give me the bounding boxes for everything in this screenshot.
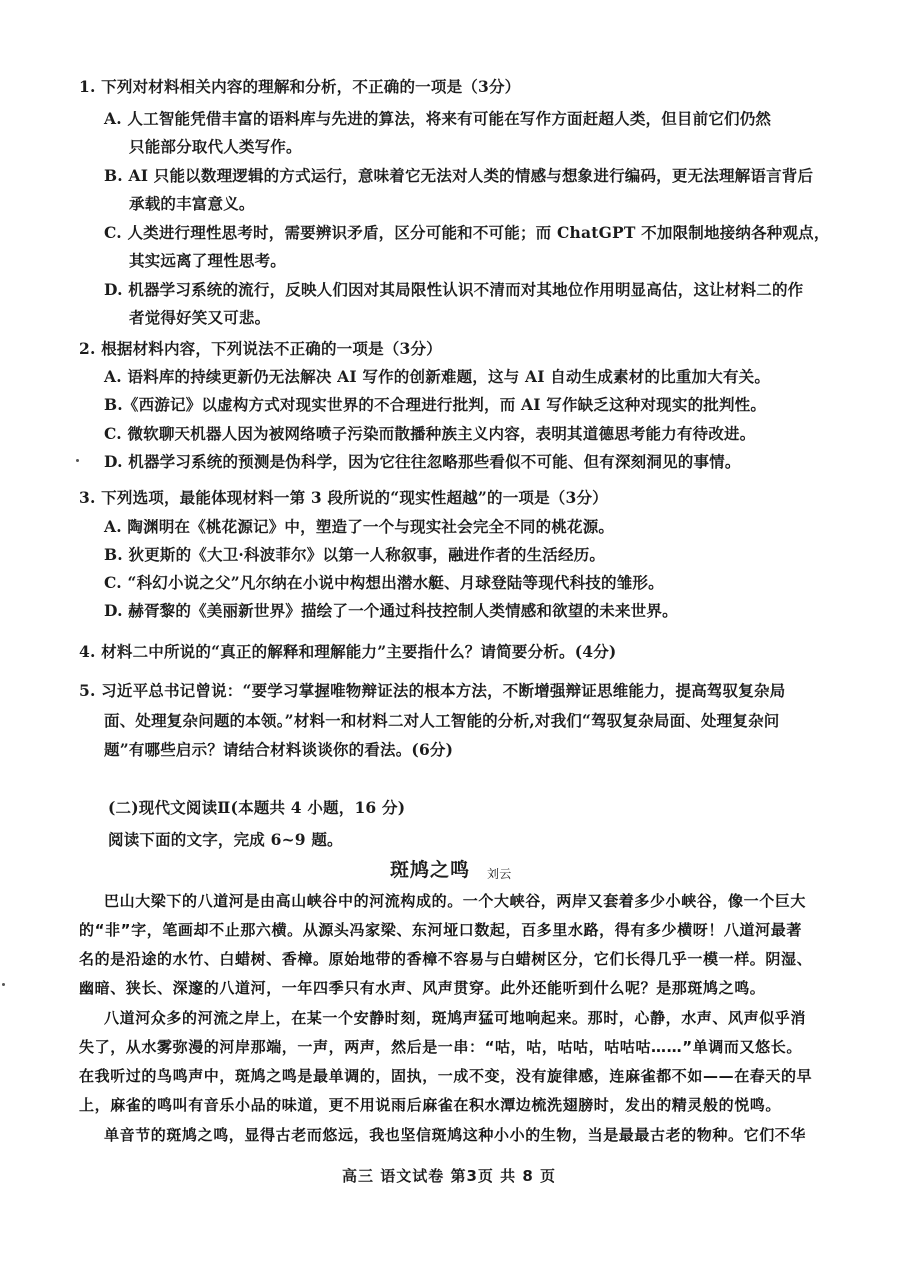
question-3-option-d: D. 赫胥黎的《美丽新世界》描绘了一个通过科技控制人类情感和欲望的未来世界。 [104, 601, 678, 621]
article-author: 刘云 [487, 864, 511, 884]
article-paragraph-2-line-1: 八道河众多的河流之岸上，在某一个安静时刻，斑鸠声猛可地响起来。那时，心静，水声、… [104, 1008, 806, 1028]
question-1-option-a-cont: 只能部分取代人类写作。 [129, 137, 302, 157]
question-2-stem: 2. 根据材料内容，下列说法不正确的一项是（3分） [79, 339, 442, 359]
question-1-option-d: D. 机器学习系统的流行，反映人们因对其局限性认识不清而对其地位作用明显高估，这… [104, 280, 803, 300]
scan-speck [76, 459, 79, 462]
section-heading: (二)现代文阅读Ⅱ(本题共 4 小题，16 分) [108, 798, 405, 818]
question-2-option-c: C. 微软聊天机器人因为被网络喷子污染而散播种族主义内容，表明其道德思考能力有待… [104, 424, 755, 444]
article-paragraph-1-line-4: 幽暗、狭长、深邃的八道河，一年四季只有水声、风声贯穿。此外还能听到什么呢？是那斑… [79, 978, 765, 998]
exam-page: 1. 下列对材料相关内容的理解和分析，不正确的一项是（3分） A. 人工智能凭借… [0, 0, 900, 1273]
article-paragraph-1-line-2: 的“非”字，笔画却不止那六横。从源头冯家梁、东河垭口数起，百多里水路，得有多少横… [79, 920, 802, 940]
section-instruction: 阅读下面的文字，完成 6~9 题。 [108, 830, 343, 850]
question-1-option-c: C. 人类进行理性思考时，需要辨识矛盾，区分可能和不可能；而 ChatGPT 不… [104, 223, 830, 243]
question-3-option-c: C. “科幻小说之父”凡尔纳在小说中构想出潜水艇、月球登陆等现代科技的雏形。 [104, 573, 664, 593]
question-1-option-b: B. AI 只能以数理逻辑的方式运行，意味着它无法对人类的情感与想象进行编码，更… [104, 166, 813, 186]
question-1-option-d-cont: 者觉得好笑又可悲。 [129, 308, 270, 328]
article-paragraph-3-line-1: 单音节的斑鸠之鸣，显得古老而悠远，我也坚信斑鸠这种小小的生物，当是最最古老的物种… [104, 1125, 806, 1145]
article-paragraph-1-line-1: 巴山大梁下的八道河是由高山峡谷中的河流构成的。一个大峡谷，两岸又套着多少小峡谷，… [104, 891, 806, 911]
question-3-option-b: B. 狄更斯的《大卫·科波菲尔》以第一人称叙事，融进作者的生活经历。 [104, 545, 605, 565]
scan-speck [2, 983, 5, 986]
question-5-line-1: 5. 习近平总书记曾说：“要学习掌握唯物辩证法的根本方法，不断增强辩证思维能力，… [79, 681, 785, 701]
question-2-option-d: D. 机器学习系统的预测是伪科学，因为它往往忽略那些看似不可能、但有深刻洞见的事… [104, 452, 741, 472]
page-footer: 高三 语文试卷 第3页 共 8 页 [342, 1166, 556, 1186]
question-1-option-a: A. 人工智能凭借丰富的语料库与先进的算法，将来有可能在写作方面赶超人类，但目前… [104, 109, 771, 129]
question-2-option-b: B.《西游记》以虚构方式对现实世界的不合理进行批判，而 AI 写作缺乏这种对现实… [104, 395, 766, 415]
article-paragraph-2-line-2: 失了，从水雾弥漫的河岸那端，一声，两声，然后是一串：“咕，咕，咕咕，咕咕咕……”… [79, 1037, 802, 1057]
question-5-line-3: 题”有哪些启示？请结合材料谈谈你的看法。(6分) [104, 740, 453, 760]
article-paragraph-1-line-3: 名的是沿途的水竹、白蜡树、香樟。原始地带的香樟不容易与白蜡树区分，它们长得几乎一… [79, 949, 812, 969]
question-2-option-a: A. 语料库的持续更新仍无法解决 AI 写作的创新难题，这与 AI 自动生成素材… [104, 367, 770, 387]
question-1-option-b-cont: 承载的丰富意义。 [129, 194, 255, 214]
question-3-option-a: A. 陶渊明在《桃花源记》中，塑造了一个与现实社会完全不同的桃花源。 [104, 517, 614, 537]
article-title: 斑鸠之鸣 [390, 860, 470, 880]
article-paragraph-2-line-4: 上，麻雀的鸣叫有音乐小品的味道，更不用说雨后麻雀在积水潭边梳洗翅膀时，发出的精灵… [79, 1095, 781, 1115]
question-1-stem: 1. 下列对材料相关内容的理解和分析，不正确的一项是（3分） [79, 77, 520, 97]
article-paragraph-2-line-3: 在我听过的鸟鸣声中，斑鸠之鸣是最单调的，固执，一成不变，没有旋律感，连麻雀都不如… [79, 1066, 812, 1086]
question-5-line-2: 面、处理复杂问题的本领。”材料一和材料二对人工智能的分析,对我们“驾驭复杂局面、… [104, 711, 779, 731]
question-4-stem: 4. 材料二中所说的“真正的解释和理解能力”主要指什么？请简要分析。(4分) [79, 642, 616, 662]
question-1-option-c-cont: 其实远离了理性思考。 [129, 251, 286, 271]
question-3-stem: 3. 下列选项，最能体现材料一第 3 段所说的“现实性超越”的一项是（3分） [79, 488, 608, 508]
